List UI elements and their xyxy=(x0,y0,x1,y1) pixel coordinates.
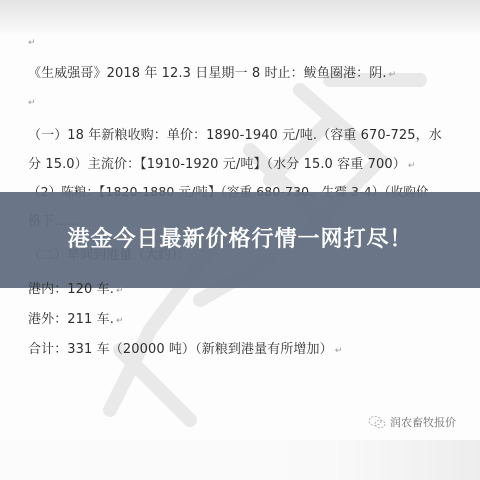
port-inside-text: 港内：120 车. xyxy=(28,282,114,297)
paragraph-mark: ↵ xyxy=(116,316,124,326)
port-inside-count: 港内：120 车.↵ xyxy=(28,278,124,297)
total-text: 合计：331 车（20000 吨）（新粮到港量有所增加） xyxy=(28,342,333,357)
port-outside-count: 港外：211 车.↵ xyxy=(28,308,124,327)
paragraph-mark: ↵ xyxy=(116,286,124,296)
photo-top-shadow xyxy=(0,0,480,36)
section1-line2: 分 15.0）主流价：【1910-1920 元/吨】（水分 15.0 容重 70… xyxy=(28,153,415,172)
headline-banner: 港金今日最新价格行情一网打尽！ xyxy=(0,192,480,288)
section1-line1: （一）18 年新粮收购：单价：1890-1940 元/吨.（容重 670-725… xyxy=(28,124,442,143)
photo-bottom-shadow xyxy=(0,440,480,480)
paragraph-mark: ↵ xyxy=(28,98,36,108)
document-header-line: 《生威强哥》2018 年 12.3 日星期一 8 时止：鲅鱼圈港：阴.↵ xyxy=(28,62,396,81)
paragraph-mark: ↵ xyxy=(28,38,36,48)
headline-title: 港金今日最新价格行情一网打尽！ xyxy=(30,223,450,257)
header-text: 《生威强哥》2018 年 12.3 日星期一 8 时止：鲅鱼圈港：阴. xyxy=(28,66,387,81)
wechat-cloud-icon xyxy=(368,415,386,429)
paragraph-mark: ↵ xyxy=(389,70,397,80)
port-outside-text: 港外：211 车. xyxy=(28,312,114,327)
source-watermark: 润农畜牧报价 xyxy=(368,414,456,430)
section1-line2-text: 分 15.0）主流价：【1910-1920 元/吨】（水分 15.0 容重 70… xyxy=(28,157,406,172)
total-count: 合计：331 车（20000 吨）（新粮到港量有所增加）↵ xyxy=(28,338,342,357)
paragraph-mark: ↵ xyxy=(335,346,343,356)
paragraph-mark: ↵ xyxy=(408,161,416,171)
source-label: 润农畜牧报价 xyxy=(390,414,456,430)
